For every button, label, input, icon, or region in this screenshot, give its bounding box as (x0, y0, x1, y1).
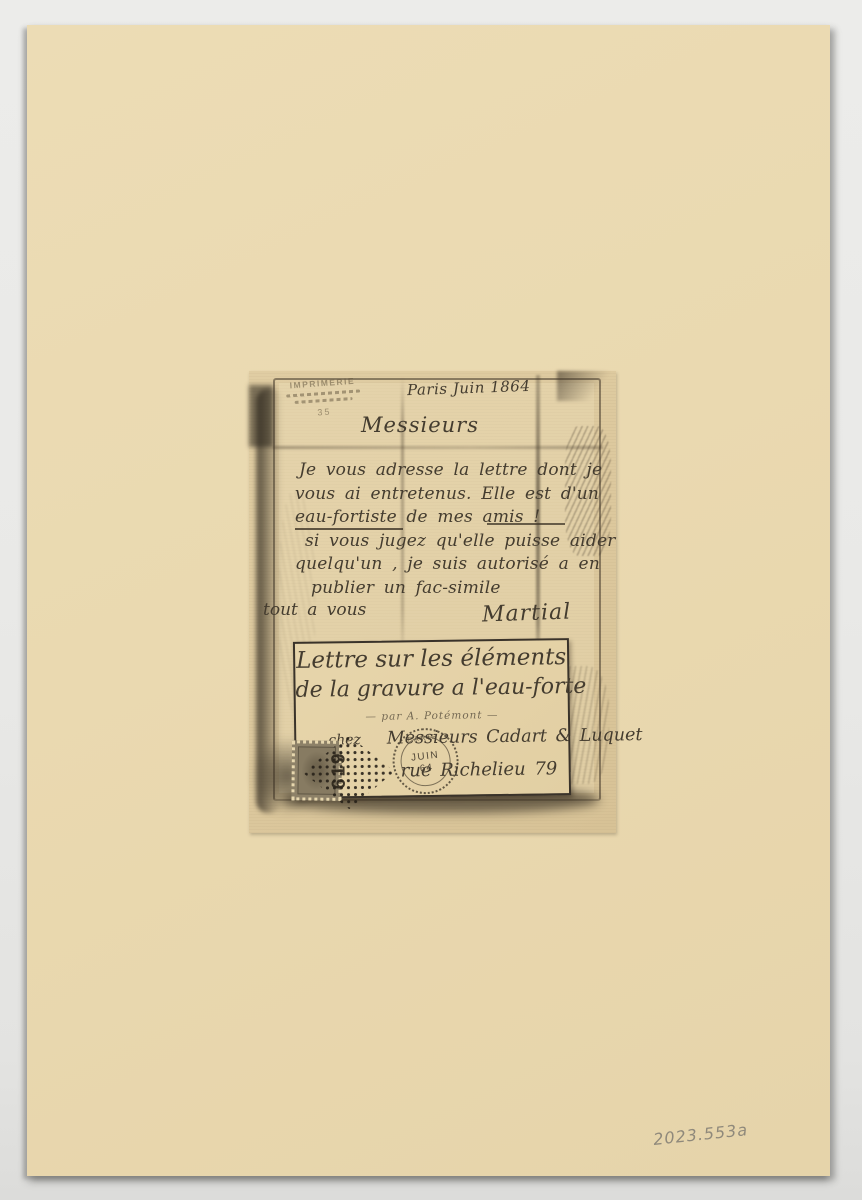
etching-print: IMPRIMERIE 35 Paris Juin 1864 Messieurs … (249, 371, 616, 833)
photograph-background: IMPRIMERIE 35 Paris Juin 1864 Messieurs … (0, 0, 862, 1200)
body-line: publier un fac-simile (295, 577, 611, 601)
printer-letterhead-stamp: IMPRIMERIE 35 (273, 375, 375, 438)
envelope: Lettre sur les éléments de la gravure a … (293, 638, 571, 799)
envelope-title-line1: Lettre sur les éléments (295, 644, 567, 674)
printer-stamp-number: 35 (275, 404, 373, 421)
mount-sheet: IMPRIMERIE 35 Paris Juin 1864 Messieurs … (27, 25, 830, 1176)
envelope-byline: — par A. Potémont — (296, 708, 568, 724)
signature: Martial (482, 599, 572, 627)
address-main: Messieurs Cadart & Luquet (387, 725, 643, 749)
fold-crease-horizontal (273, 446, 603, 449)
body-line: vous ai entretenus. Elle est d'un (295, 483, 611, 507)
closing: tout a vous (263, 600, 366, 620)
trailing-dash (487, 523, 565, 525)
accession-number: 2023.553a (652, 1120, 749, 1149)
underline-eau-fortiste (295, 528, 403, 530)
envelope-title-line2: de la gravure a l'eau-forte (295, 674, 567, 703)
crumple-shadow-topleft (249, 385, 273, 447)
body-line: quelqu'un , je suis autorisé a en (295, 553, 611, 577)
salutation: Messieurs (361, 413, 479, 437)
body-line: Je vous adresse la lettre dont je (295, 459, 611, 483)
cancellation-number: 619 (328, 751, 351, 789)
illegible-line (295, 397, 353, 404)
body-line: eau-fortiste de mes amis ! (295, 506, 611, 530)
envelope-address-line2: rue Richelieu 79 (401, 758, 558, 781)
body-line: si vous jugez qu'elle puisse aider (295, 530, 611, 554)
